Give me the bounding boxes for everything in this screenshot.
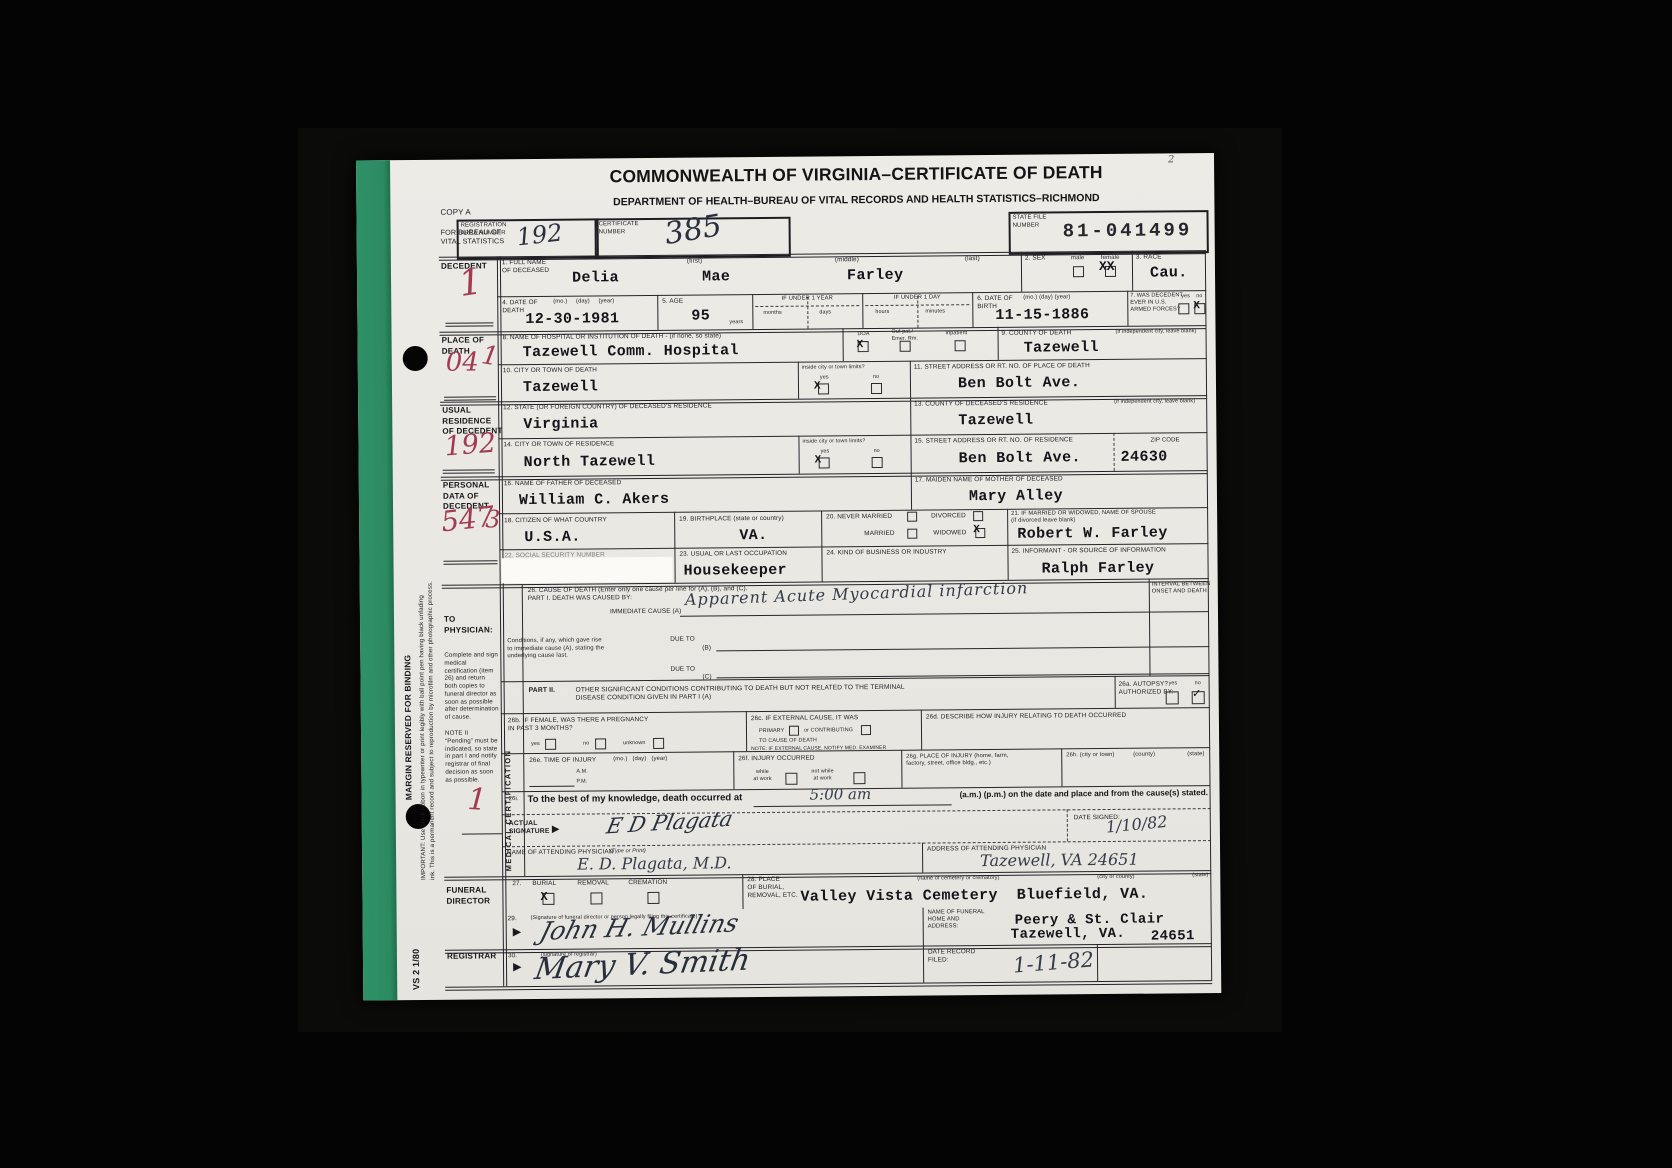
divider xyxy=(742,874,743,909)
burial-place-value: Valley Vista Cemetery Bluefield, VA. xyxy=(800,887,1148,905)
corner-page-mark: 2 xyxy=(1168,155,1174,165)
divider xyxy=(910,398,911,435)
limits-death-no-checkbox xyxy=(871,383,882,394)
funeral-home-zip: 24651 xyxy=(1151,929,1195,943)
field-22-label: 22. SOCIAL SECURITY NUMBER xyxy=(504,551,605,560)
field-27-num: 27. xyxy=(512,880,521,888)
physician-note: Complete and sign medical certification … xyxy=(444,651,499,721)
divorced-checkbox xyxy=(973,511,983,521)
field-13-hint: (if independent city, leave blank) xyxy=(1114,398,1195,405)
time-of-death-value: 5:00 am xyxy=(809,787,871,803)
age-value: 95 xyxy=(691,308,710,323)
autopsy-yes-label: yes xyxy=(1169,680,1178,687)
doa-label: DOA xyxy=(858,331,870,338)
field-26e-format: (mo.) (day) (year) xyxy=(613,756,667,764)
field-5-label: 5. AGE xyxy=(662,298,683,306)
middle-name-value: Mae xyxy=(702,269,730,284)
field-18-label: 18. CITIZEN OF WHAT COUNTRY xyxy=(504,516,607,525)
field-26b-label: 26b. IF FEMALE, WAS THERE A PREGNANCY IN… xyxy=(508,716,649,733)
conditions-note: Conditions, if any, which gave rise to i… xyxy=(507,637,667,661)
limits-res-label: inside city or town limits? xyxy=(802,438,865,445)
not-while-at-work-checkbox xyxy=(853,772,865,784)
limits-death-label: inside city or town limits? xyxy=(802,364,865,371)
never-married-checkbox xyxy=(907,512,917,522)
inpatient-label: Inpatient xyxy=(946,330,968,337)
due-to-c-label: DUE TO xyxy=(670,666,695,674)
cremation-label: CREMATION xyxy=(628,879,667,887)
while-at-work-checkbox xyxy=(785,773,797,785)
divider xyxy=(716,646,1209,651)
outpatient-checkbox xyxy=(900,341,911,352)
copy-label: COPY A xyxy=(440,208,470,218)
registration-area-label: REGISTRATION AREA NUMBER xyxy=(461,222,507,237)
married-checkbox xyxy=(907,529,917,539)
death-certificate: MARGIN RESERVED FOR BINDING IMPORTANT: U… xyxy=(356,153,1221,1000)
date-filed-label: DATE RECORD FILED: xyxy=(928,948,975,964)
immediate-cause-label: IMMEDIATE CAUSE (A) xyxy=(610,608,681,617)
pregnancy-unknown-checkbox xyxy=(653,738,664,749)
pregnancy-yes-checkbox xyxy=(545,739,556,750)
note-ii: NOTE II “Pending” must be indicated, so … xyxy=(445,729,501,784)
doa-mark: X xyxy=(857,340,864,351)
field-26h-label: 26h. (city or town) xyxy=(1066,752,1114,760)
funeral-home-label: NAME OF FUNERAL HOME AND ADDRESS: xyxy=(928,909,985,931)
divider xyxy=(444,870,1211,881)
divider xyxy=(1127,291,1128,326)
side-to-physician: TO PHYSICIAN: xyxy=(444,614,493,635)
signature-arrow-icon: ▶ xyxy=(513,960,522,973)
divider xyxy=(911,473,912,510)
widowed-mark: X xyxy=(973,525,980,536)
limits-death-no: no xyxy=(873,374,879,381)
divider xyxy=(1067,809,1068,841)
spouse-value: Robert W. Farley xyxy=(1017,525,1168,541)
due-to-b-sub: (B) xyxy=(702,644,711,652)
external-cause-note: NOTE: IF EXTERNAL CAUSE, NOTIFY MED. EXA… xyxy=(751,745,886,752)
never-married-label: 20. NEVER MARRIED xyxy=(826,513,892,522)
under-1-year-label: IF UNDER 1 YEAR xyxy=(755,295,859,303)
field-12-label: 12. STATE (OR FOREIGN COUNTRY) OF DECEAS… xyxy=(503,402,712,412)
field-14-label: 14. CITY OR TOWN OF RESIDENCE xyxy=(503,440,614,449)
divider xyxy=(733,751,734,789)
divider xyxy=(746,711,747,751)
divider xyxy=(445,322,493,326)
divider xyxy=(752,294,753,329)
field-25-label: 25. INFORMANT - OR SOURCE OF INFORMATION xyxy=(1011,546,1165,555)
zip-label: ZIP CODE xyxy=(1150,437,1179,445)
physician-name-value: E. D. Plagata, M.D. xyxy=(577,855,732,872)
divider xyxy=(462,833,502,834)
field-30-num: 30. xyxy=(508,952,517,960)
divider xyxy=(1149,579,1151,676)
field-23-label: 23. USUAL OR LAST OCCUPATION xyxy=(679,550,787,559)
primary-checkbox xyxy=(789,726,799,736)
mother-name-value: Mary Alley xyxy=(969,488,1063,504)
interval-label: INTERVAL BETWEEN ONSET AND DEATH xyxy=(1152,581,1211,596)
field-7-label: 7. WAS DECEDENT EVER IN U.S. ARMED FORCE… xyxy=(1130,292,1183,313)
informant-value: Ralph Farley xyxy=(1042,561,1155,577)
field-28-label: 28. PLACE OF BURIAL, REMOVAL, ETC. xyxy=(747,876,798,900)
field-26e-label: 26e. TIME OF INJURY xyxy=(529,756,596,765)
divider xyxy=(1061,748,1062,786)
county-sub-label: (county) xyxy=(1133,752,1155,759)
sex-male-checkbox xyxy=(1073,266,1084,277)
signature-arrow-icon: ▶ xyxy=(552,824,560,835)
divider xyxy=(922,843,923,873)
field-9-hint: (if independent city, leave blank) xyxy=(1116,328,1197,335)
divider xyxy=(502,840,1211,847)
divider xyxy=(921,710,922,750)
state-sub-label: (state) xyxy=(1187,751,1204,758)
married-label: MARRIED xyxy=(864,530,894,538)
street-residence-value: Ben Bolt Ave. xyxy=(959,450,1081,466)
state-sub-label-28: (state) xyxy=(1192,872,1208,879)
pregnancy-no-checkbox xyxy=(595,738,606,749)
field-17-label: 17. MAIDEN NAME OF MOTHER OF DECEASED xyxy=(915,475,1063,484)
limits-res-no-checkbox xyxy=(872,457,883,468)
form-code: VS 2 1/80 xyxy=(411,910,423,990)
limits-res-no: no xyxy=(874,448,880,455)
physician-address-value: Tazewell, VA 24651 xyxy=(980,852,1139,869)
state-residence-value: Virginia xyxy=(523,416,598,432)
father-name-value: William C. Akers xyxy=(519,492,670,508)
field-10-label: 10. CITY OR TOWN OF DEATH xyxy=(503,366,597,375)
forces-yes-checkbox xyxy=(1178,303,1189,314)
divider xyxy=(862,293,863,328)
field-11-label: 11. STREET ADDRESS OR RT. NO. OF PLACE O… xyxy=(914,362,1090,372)
funeral-home-city: Tazewell, VA. xyxy=(1011,927,1126,942)
last-name-value: Farley xyxy=(847,268,904,283)
burial-mark: X xyxy=(540,891,547,903)
due-to-b-label: DUE TO xyxy=(670,636,695,644)
divider xyxy=(1021,252,1022,292)
physician-signature: E D Plagata xyxy=(604,809,734,838)
date-signed-value: 1/10/82 xyxy=(1105,814,1168,836)
divider xyxy=(923,946,924,983)
field-4-format: (mo.) (day) (year) xyxy=(553,298,614,306)
divider xyxy=(444,396,496,400)
city-county-sub-label: (city or county) xyxy=(1097,874,1134,881)
divider xyxy=(1097,944,1098,981)
registrar-signature: Mary V. Smith xyxy=(533,945,753,985)
contributing-checkbox xyxy=(861,725,871,735)
not-while-at-work-label: not while at work xyxy=(811,768,833,782)
date-filed-value: 1-11-82 xyxy=(1012,949,1094,976)
registration-area-value: 192 xyxy=(515,220,563,249)
forces-no-mark: X xyxy=(1193,301,1200,312)
divider xyxy=(910,435,911,473)
zip-value: 24630 xyxy=(1121,449,1168,464)
actual-signature-label: ACTUAL SIGNATURE xyxy=(509,820,550,837)
field-15-label: 15. STREET ADDRESS OR RT. NO. OF RESIDEN… xyxy=(914,436,1073,445)
contributing-label: or CONTRIBUTING xyxy=(804,727,853,734)
sex-female-mark: XX xyxy=(1099,260,1115,273)
pregnancy-yes-label: yes xyxy=(531,741,540,748)
street-of-death-value: Ben Bolt Ave. xyxy=(958,375,1080,391)
field-8-label: 8. NAME OF HOSPITAL OR INSTITUTION OF DE… xyxy=(503,332,722,342)
pm-label: P.M. xyxy=(576,779,587,786)
limits-death-yes-mark: X xyxy=(814,381,821,392)
cremation-checkbox xyxy=(647,892,659,904)
citizen-value: U.S.A. xyxy=(524,530,581,545)
autopsy-yes-checkbox xyxy=(1166,691,1179,704)
annotation-place-a: 04 xyxy=(446,349,479,375)
county-residence-value: Tazewell xyxy=(958,413,1033,429)
divider xyxy=(798,436,799,474)
primary-label: PRIMARY xyxy=(759,728,784,735)
divider xyxy=(901,750,902,788)
limits-res-yes: yes xyxy=(821,448,830,455)
signature-arrow-icon: ▶ xyxy=(513,925,522,938)
pregnancy-unknown-label: unknown xyxy=(623,740,645,747)
first-name-value: Delia xyxy=(572,270,619,285)
field-24-label: 24. KIND OF BUSINESS OR INDUSTRY xyxy=(826,548,946,557)
divider xyxy=(842,328,843,361)
field-9-label: 9. COUNTY OF DEATH xyxy=(1002,329,1072,338)
field-6-format: (mo.) (day) (year) xyxy=(1023,294,1070,302)
due-to-c-sub: (C) xyxy=(702,673,711,681)
field-16-label: 16. NAME OF FATHER OF DECEASED xyxy=(504,479,622,488)
certificate-subtitle: DEPARTMENT OF HEALTH–BUREAU OF VITAL REC… xyxy=(576,193,1136,209)
county-of-death-value: Tazewell xyxy=(1024,340,1099,356)
field-1-label: 1. FULL NAME OF DECEASED xyxy=(502,259,549,275)
months-label: months xyxy=(763,310,781,317)
city-of-death-value: Tazewell xyxy=(523,379,598,395)
date-of-death-value: 12-30-1981 xyxy=(525,311,619,327)
field-1-middle-sub: (middle) xyxy=(835,256,859,264)
days-label: days xyxy=(819,309,831,316)
divider xyxy=(798,362,799,399)
field-1-last-sub: (last) xyxy=(965,255,980,263)
field-3-label: 3. RACE xyxy=(1136,253,1162,261)
field-13-label: 13. COUNTY OF DECEASED'S RESIDENCE xyxy=(914,399,1048,408)
field-1-first-sub: (first) xyxy=(687,258,702,266)
divider xyxy=(910,361,911,398)
inpatient-checkbox xyxy=(955,340,966,351)
divider xyxy=(972,292,973,327)
ssn-redaction-box xyxy=(501,557,672,583)
funeral-director-signature: John H. Mullins xyxy=(537,910,741,944)
field-29-num: 29. xyxy=(508,915,517,923)
certificate-number-label: CERTIFICATE NUMBER xyxy=(599,221,639,236)
occupation-value: Housekeeper xyxy=(684,563,788,579)
annotation-note: 1 xyxy=(467,785,488,816)
field-26f-label: 26f. INJURY OCCURRED xyxy=(738,755,814,764)
field-26i-num: 26i. xyxy=(509,796,519,804)
part-ii-text: OTHER SIGNIFICANT CONDITIONS CONTRIBUTIN… xyxy=(576,684,905,703)
divider xyxy=(1113,433,1114,471)
field-2-label: 2. SEX xyxy=(1025,255,1046,263)
divider xyxy=(680,611,1209,617)
divider xyxy=(754,804,952,807)
divider xyxy=(443,560,497,564)
burial-label: BURIAL xyxy=(532,880,556,888)
binding-strip xyxy=(356,160,397,1000)
divider xyxy=(529,786,574,787)
pregnancy-no-label: no xyxy=(583,741,589,748)
field-26i-label: To the best of my knowledge, death occur… xyxy=(528,792,743,805)
field-26c-label: 26c. IF EXTERNAL CAUSE, IT WAS xyxy=(751,714,858,723)
certificate-title: COMMONWEALTH OF VIRGINIA–CERTIFICATE OF … xyxy=(546,162,1166,187)
margin-binding-text: MARGIN RESERVED FOR BINDING xyxy=(401,450,415,800)
divorced-label: DIVORCED xyxy=(931,512,966,520)
to-cause-label: TO CAUSE OF DEATH xyxy=(759,738,817,745)
am-label: A.M. xyxy=(576,769,588,776)
state-file-label: STATE FILE NUMBER xyxy=(1013,215,1047,230)
limits-death-yes: yes xyxy=(820,374,829,381)
limits-res-yes-mark: X xyxy=(815,455,822,466)
side-funeral-director: FUNERAL DIRECTOR xyxy=(446,885,490,906)
hospital-value: Tazewell Comm. Hospital xyxy=(523,343,739,360)
field-19-label: 19. BIRTHPLACE (state or country) xyxy=(679,515,784,524)
birthplace-value: VA. xyxy=(739,528,767,543)
divider xyxy=(997,327,998,360)
field-26g-label: 26g. PLACE OF INJURY (home, farm, factor… xyxy=(906,753,1008,768)
race-value: Cau. xyxy=(1150,265,1188,280)
forces-yes-label: yes xyxy=(1181,293,1190,300)
minutes-label: minutes xyxy=(925,308,945,315)
hours-label: hours xyxy=(875,309,889,316)
under-1-day-label: IF UNDER 1 DAY xyxy=(865,294,969,302)
divider xyxy=(923,908,924,946)
autopsy-no-mark: ✓ xyxy=(1193,687,1201,700)
divider xyxy=(1132,251,1133,291)
field-26i-tail: (a.m.) (p.m.) on the date and place and … xyxy=(960,788,1208,800)
cemetery-sub-label: (name of cemetery or crematory) xyxy=(917,875,999,882)
state-file-value: 81-041499 xyxy=(1063,221,1193,241)
field-21-label: 21. IF MARRIED OR WIDOWED, NAME OF SPOUS… xyxy=(1011,510,1156,526)
sex-male-label: male xyxy=(1071,255,1085,263)
age-unit-label: years xyxy=(729,319,743,326)
annotation-residence: 192 xyxy=(444,430,498,461)
while-at-work-label: while at work xyxy=(753,769,771,783)
divider xyxy=(1115,676,1116,708)
city-residence-value: North Tazewell xyxy=(524,454,656,470)
divider xyxy=(443,469,495,473)
removal-checkbox xyxy=(590,892,602,904)
removal-label: REMOVAL xyxy=(577,879,609,887)
field-26d-label: 26d. DESCRIBE HOW INJURY RELATING TO DEA… xyxy=(926,712,1126,722)
forces-no-label: no xyxy=(1196,293,1202,300)
part-ii-label: PART II. xyxy=(529,687,556,696)
date-of-birth-value: 11-15-1886 xyxy=(995,307,1089,323)
divider xyxy=(657,295,658,330)
widowed-label: WIDOWED xyxy=(933,529,966,537)
